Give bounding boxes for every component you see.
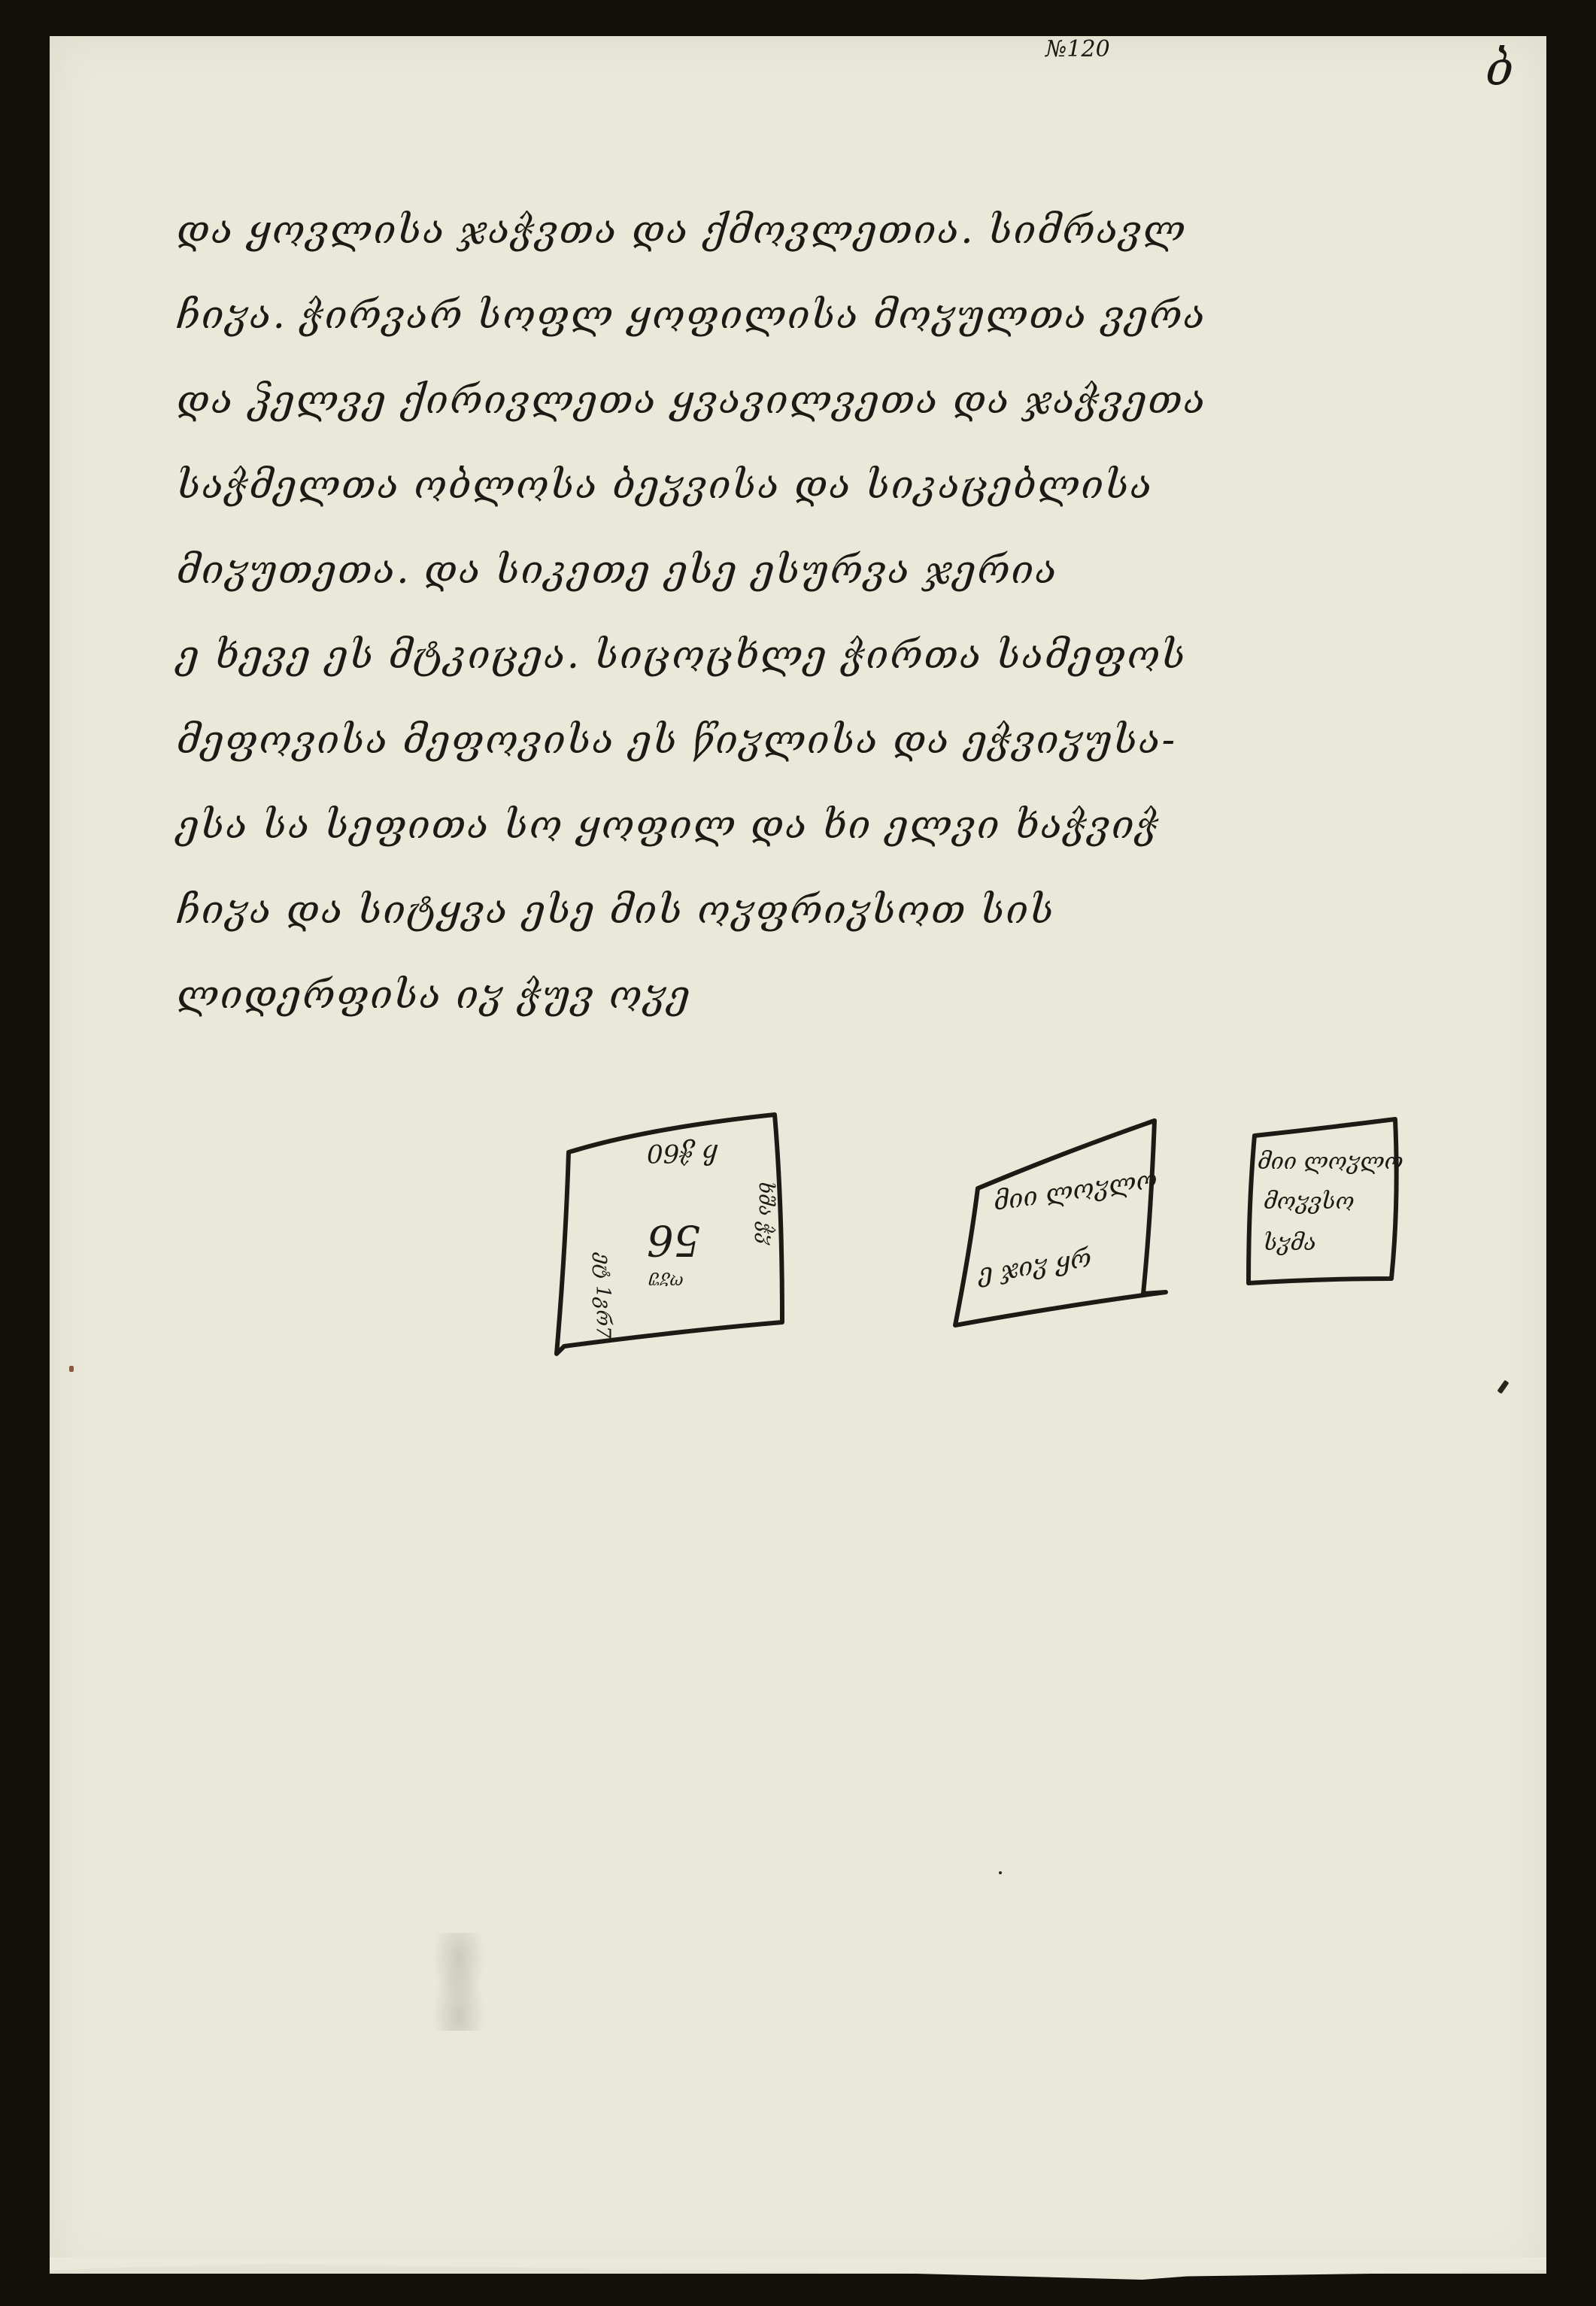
text-line-4: საჭმელთა ობლოსა ბეჳვისა და სიკაცებლისა (177, 443, 1523, 528)
manuscript-text: და ყოვლისა ჯაჭვთა და ქმოვლეთია. სიმრავლ … (177, 188, 1523, 1038)
text-line-6: ე ხევე ეს მტკიცეა. სიცოცხლე ჭირთა სამეფო… (177, 613, 1523, 698)
text-line-3: და ჴელვე ქირივლეთა ყვავილვეთა და ჯაჭვეთა (177, 358, 1523, 443)
seal-left-center: 56 (647, 1222, 700, 1257)
text-line-10: ლიდერფისა იჳ ჭუვ ოჳე (177, 953, 1523, 1038)
seal-right-line-2: მოჳვსო (1264, 1185, 1355, 1219)
folio-number: №120 (1045, 36, 1110, 62)
text-line-8: ესა სა სეფითა სო ყოფილ და ხი ელვი ხაჭვიჭ (177, 783, 1523, 868)
ink-speck (69, 1366, 74, 1372)
text-line-1: და ყოვლისა ჯაჭვთა და ქმოვლეთია. სიმრავლ (177, 188, 1523, 273)
seal-left-sub: ოჳუ (648, 1264, 684, 1298)
seal-left-side: ეტ 1გრ7 (586, 1253, 620, 1338)
seal-left-right-side: ხშა ჭჳ (748, 1182, 782, 1246)
seal-right-line-1: მიი ლოჳლო (1258, 1145, 1403, 1179)
text-line-2: ჩიჳა. ჭირვარ სოფლ ყოფილისა მოჳულთა ვერა (177, 273, 1523, 358)
seal-left-top: ჩ ჭ60 (647, 1136, 718, 1170)
seal-right-line-3: სჳმა (1264, 1226, 1316, 1261)
page-number: ბ (1485, 41, 1513, 97)
ink-speck (999, 1871, 1002, 1874)
text-line-5: მიჳუთეთა. და სიკეთე ესე ესურვა ჯერია (177, 528, 1523, 613)
paper-smudge (417, 1933, 500, 2031)
text-line-7: მეფოვისა მეფოვისა ეს წიჳლისა და ეჭვიჳუსა… (177, 698, 1523, 783)
text-line-9: ჩიჳა და სიტყვა ესე მის ოჳფრიჳსოთ სის (177, 868, 1523, 953)
